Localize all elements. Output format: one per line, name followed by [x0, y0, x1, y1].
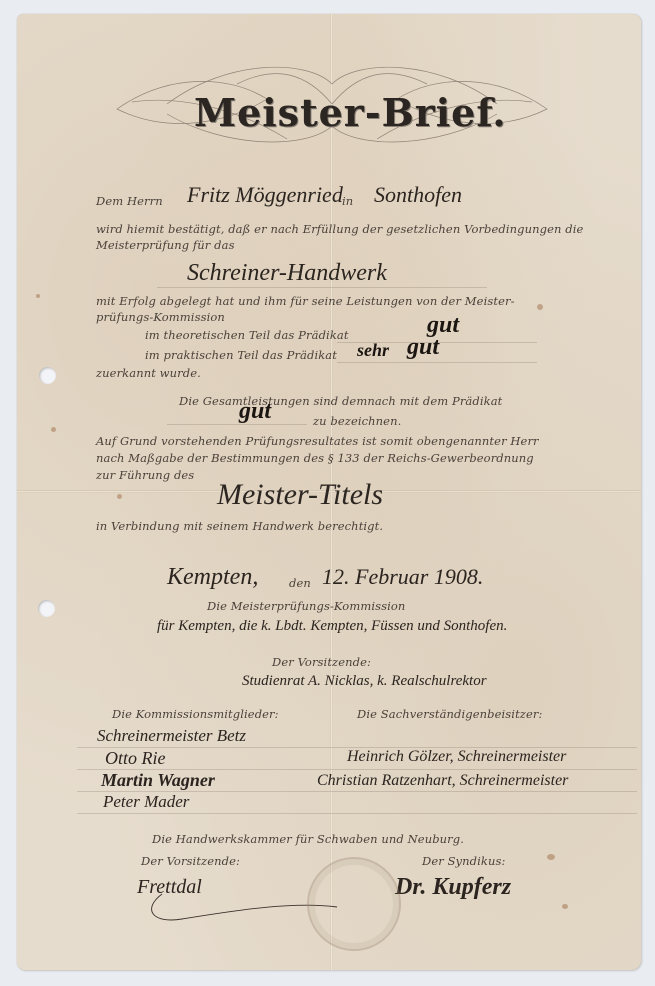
stain	[51, 427, 56, 432]
practice-grade-prefix: sehr	[357, 340, 389, 361]
basis-text-3: zur Führung des	[96, 468, 194, 482]
syndic-label: Der Syndikus:	[422, 854, 505, 868]
master-title-heading: Meister-Titels	[217, 478, 383, 512]
awarded-text: zuerkannt wurde.	[96, 366, 201, 380]
members-label: Die Kommissionsmitglieder:	[112, 707, 279, 721]
exam-text: Meisterprüfung für das	[96, 238, 235, 252]
certificate-paper: Meister-Brief. Dem Herrn Fritz Möggenrie…	[17, 14, 641, 970]
stain	[547, 854, 555, 860]
theory-label: im theoretischen Teil das Prädikat	[145, 328, 349, 342]
certificate-title: Meister-Brief.	[194, 90, 507, 135]
date-den: den	[289, 576, 311, 590]
commission-text: prüfungs-Kommission	[96, 310, 225, 324]
commission-for: für Kempten, die k. Lbdt. Kempten, Füsse…	[157, 618, 507, 635]
recipient-prefix: Dem Herrn	[96, 194, 163, 208]
member-signature: Schreinermeister Betz	[97, 726, 246, 746]
recipient-place: Sonthofen	[374, 182, 462, 208]
basis-text-2: nach Maßgabe der Bestimmungen des § 133 …	[96, 451, 534, 465]
member-signature: Martin Wagner	[101, 770, 215, 791]
experts-label: Die Sachverständigenbeisitzer:	[357, 707, 542, 721]
entitled-text: in Verbindung mit seinem Handwerk berech…	[96, 519, 383, 533]
issue-date: 12. Februar 1908.	[322, 564, 483, 590]
signature-rule	[77, 813, 637, 814]
trade-rule	[157, 287, 487, 288]
stain	[36, 294, 40, 298]
expert-signature: Heinrich Gölzer, Schreinermeister	[347, 748, 566, 766]
punch-hole-bottom	[38, 600, 55, 617]
commission-chair-label: Der Vorsitzende:	[272, 655, 371, 669]
commission-heading: Die Meisterprüfungs-Kommission	[207, 599, 405, 613]
total-grade: gut	[239, 398, 271, 425]
trade-name: Schreiner-Handwerk	[187, 260, 387, 287]
member-signature: Peter Mader	[103, 792, 189, 812]
practice-grade: gut	[407, 334, 439, 361]
syndic-signature: Dr. Kupferz	[395, 874, 511, 901]
commission-chair-signature: Studienrat A. Nicklas, k. Realschulrekto…	[242, 673, 487, 690]
stain	[537, 304, 543, 310]
member-signature: Otto Rie	[105, 748, 166, 769]
confirmation-text: wird hiemit bestätigt, daß er nach Erfül…	[96, 222, 583, 236]
success-text: mit Erfolg abgelegt hat und ihm für sein…	[96, 294, 515, 308]
stain	[562, 904, 568, 909]
practice-rule	[337, 362, 537, 363]
embossed-seal	[307, 857, 401, 951]
basis-text-1: Auf Grund vorstehenden Prüfungsresultate…	[96, 434, 539, 448]
chamber-heading: Die Handwerkskammer für Schwaben und Neu…	[152, 832, 464, 846]
total-text: Die Gesamtleistungen sind demnach mit de…	[179, 394, 502, 408]
stain	[117, 494, 122, 499]
chamber-chair-label: Der Vorsitzende:	[141, 854, 240, 868]
issue-place: Kempten,	[167, 564, 258, 591]
expert-signature: Christian Ratzenhart, Schreinermeister	[317, 772, 568, 790]
punch-hole-top	[39, 367, 56, 384]
recipient-in: in	[342, 194, 353, 208]
total-rule	[167, 424, 307, 425]
practice-label: im praktischen Teil das Prädikat	[145, 348, 337, 362]
designate-text: zu bezeichnen.	[313, 414, 401, 428]
recipient-name: Fritz Möggenried	[187, 182, 343, 208]
